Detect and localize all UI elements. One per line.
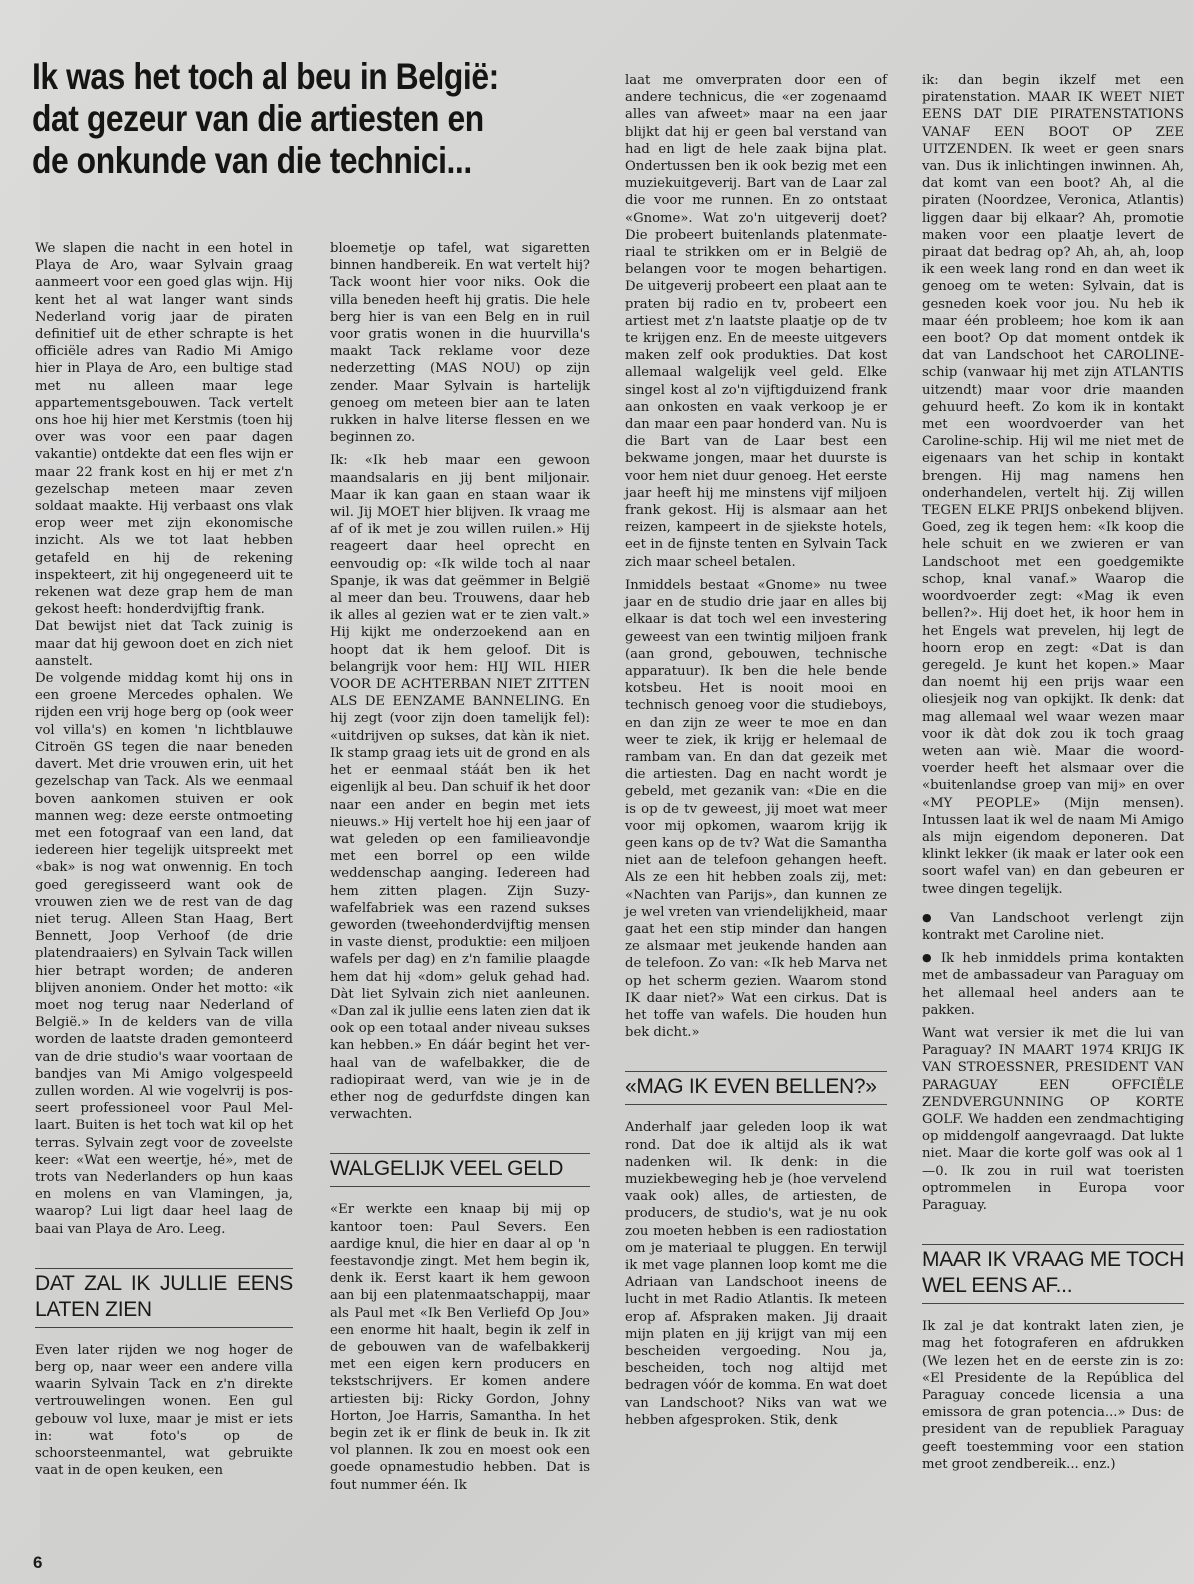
paragraph: ik: dan begin ikzelf met een piratenstat… <box>922 72 1184 898</box>
paragraph: Anderhalf jaar geleden loop ik wat rond.… <box>625 1119 887 1429</box>
headline-line-1: Ik was het toch al beu in België: <box>32 56 514 98</box>
subhead-walgelijk-veel-geld: WALGELIJK VEEL GELD <box>330 1153 590 1187</box>
paragraph: We slapen die nacht in een hotel in Play… <box>35 240 293 618</box>
page-number: 6 <box>33 1553 42 1573</box>
column-1: We slapen die nacht in een hotel in Play… <box>35 240 293 1479</box>
paragraph: bloemetje op tafel, wat sigaretten binne… <box>330 240 590 446</box>
paragraph: Inmiddels bestaat «Gnome» nu twee jaar e… <box>625 577 887 1041</box>
subhead-mag-ik-even-bellen: «MAG IK EVEN BELLEN?» <box>625 1071 887 1105</box>
paragraph: laat me omverpraten door een of andere t… <box>625 72 887 571</box>
paragraph: De volgende middag komt hij ons in een g… <box>35 670 293 1238</box>
paragraph: Even later rijden we nog hoger de berg o… <box>35 1342 293 1480</box>
paragraph: Ik: «Ik heb maar een gewoon maandsalaris… <box>330 452 590 1123</box>
bullet-item: Ik heb inmiddels prima kontak­ten met de… <box>922 950 1184 1019</box>
headline-line-3: de onkunde van die technici... <box>32 140 514 182</box>
paragraph: Dat bewijst niet dat Tack zuinig is maar… <box>35 618 293 670</box>
column-2: bloemetje op tafel, wat sigaretten binne… <box>330 240 590 1494</box>
column-3: laat me omverpraten door een of andere t… <box>625 72 887 1429</box>
magazine-page: Ik was het toch al beu in België: dat ge… <box>0 0 1194 1584</box>
article-headline: Ik was het toch al beu in België: dat ge… <box>32 56 514 182</box>
paper-fold-shadow <box>0 0 40 1584</box>
column-4: ik: dan begin ikzelf met een piratenstat… <box>922 72 1184 1473</box>
paragraph: Want wat versier ik met die lui van Para… <box>922 1025 1184 1214</box>
subhead-maar-ik-vraag: MAAR IK VRAAG ME TOCH WEL EENS AF... <box>922 1244 1184 1304</box>
paragraph: Ik zal je dat kontrakt laten zien, je ma… <box>922 1318 1184 1473</box>
subhead-dat-zal-ik: DAT ZAL IK JULLIE EENS LATEN ZIEN <box>35 1268 293 1328</box>
paragraph: «Er werkte een knaap bij mij op kantoor … <box>330 1201 590 1493</box>
bullet-item: Van Landschoot verlengt zijn kontrakt me… <box>922 910 1184 944</box>
headline-line-2: dat gezeur van die artiesten en <box>32 98 514 140</box>
